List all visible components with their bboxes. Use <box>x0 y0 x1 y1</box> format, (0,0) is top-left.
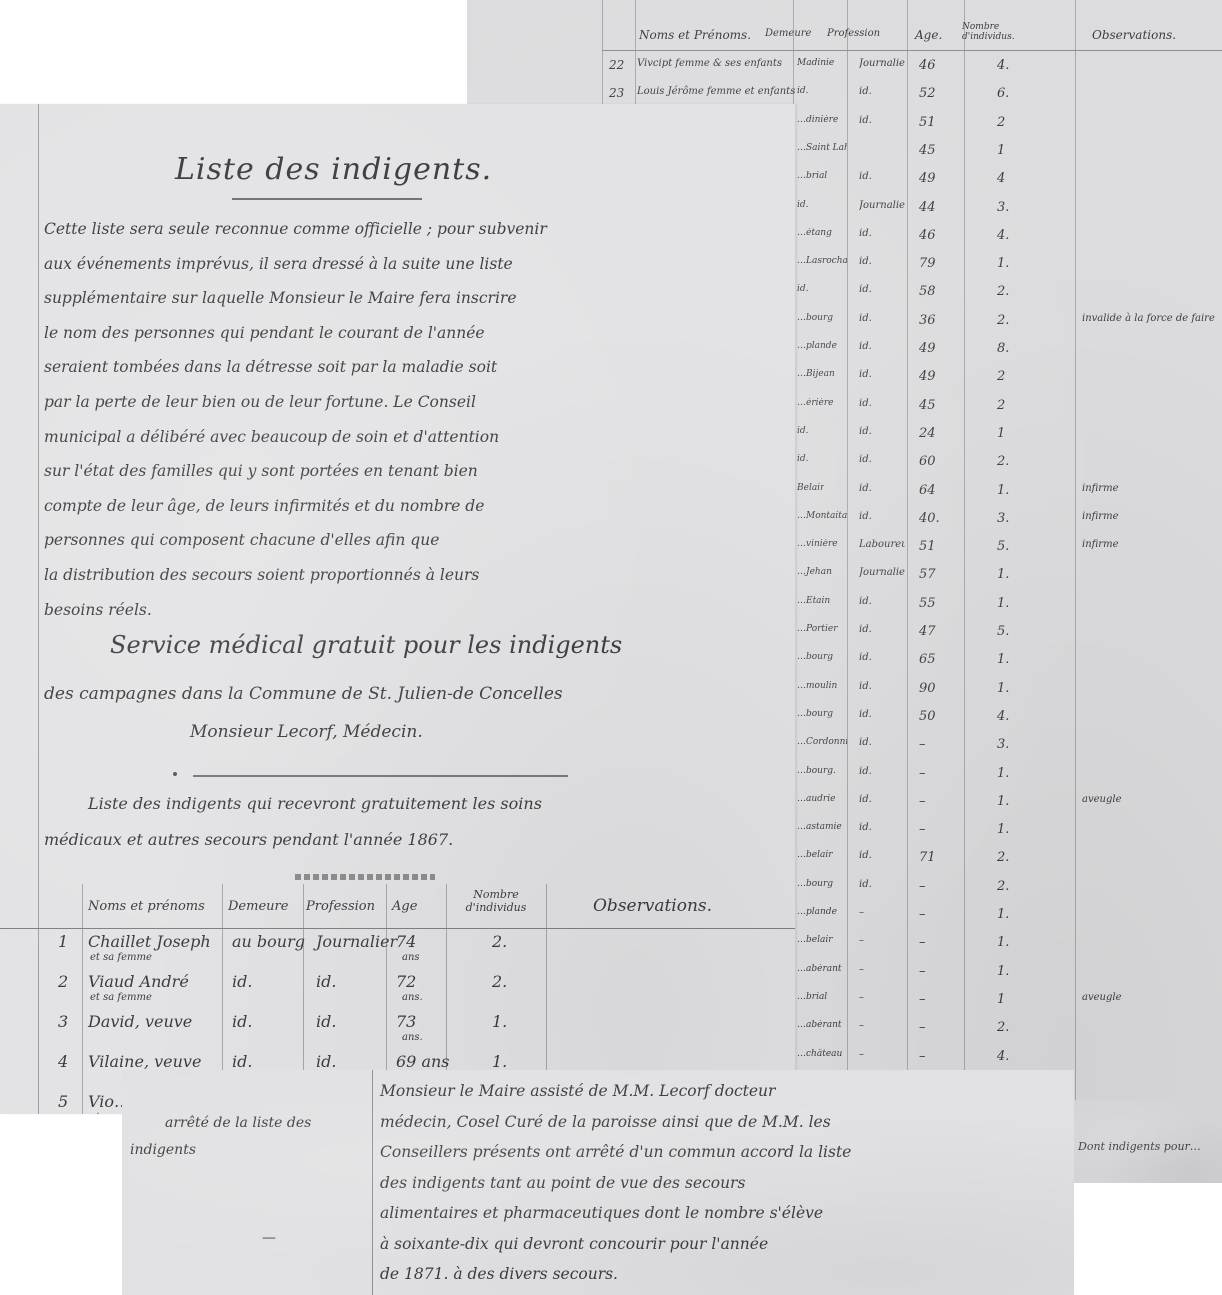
row-demeure: …Saint Lahoumarie <box>797 143 847 153</box>
register-page-front: Liste des indigents. Cette liste sera se… <box>0 104 795 1114</box>
row-name: Vivcipt femme & ses enfants <box>637 58 782 69</box>
section-heading: Service médical gratuit pour les indigen… <box>110 631 622 659</box>
row-demeure: …bourg. <box>797 766 836 776</box>
row-profession: id. <box>316 972 336 991</box>
row-profession: id. <box>859 822 872 833</box>
row-demeure: …Bijean <box>797 369 835 379</box>
row-count: 1 <box>997 992 1005 1007</box>
row-profession: – <box>859 907 864 918</box>
row-age: 46 <box>919 228 936 243</box>
row-count: 1 <box>997 143 1005 158</box>
flourish <box>295 874 435 880</box>
paragraph-line: Cette liste sera seule reconnue comme of… <box>44 212 789 247</box>
row-profession: id. <box>859 454 872 465</box>
row-profession: id. <box>859 681 872 692</box>
row-demeure: …Lasrocha <box>797 256 847 266</box>
row-age: 49 <box>919 171 936 186</box>
row-demeure: …Jehan <box>797 567 832 577</box>
row-demeure: …bourg <box>797 709 833 719</box>
row-count: 4. <box>997 228 1009 243</box>
row-demeure: …belair <box>797 850 833 860</box>
margin-note-line-2: indigents <box>130 1142 196 1158</box>
row-profession: id. <box>859 850 872 861</box>
paragraph-line: municipal a délibéré avec beaucoup de so… <box>44 420 789 455</box>
row-demeure: …étang <box>797 228 832 238</box>
row-profession: id. <box>859 171 872 182</box>
intro-paragraph: Cette liste sera seule reconnue comme of… <box>44 212 789 627</box>
row-profession: id. <box>859 709 872 720</box>
row-age: – <box>919 935 926 950</box>
row-age: 51 <box>919 115 936 130</box>
header-name: Noms et prénoms <box>88 899 205 914</box>
deliberation-line: médecin, Cosel Curé de la paroisse ainsi… <box>380 1107 851 1138</box>
back-header-observations: Observations. <box>1092 28 1176 42</box>
row-demeure: id. <box>797 454 809 464</box>
row-age: 79 <box>919 256 936 271</box>
row-demeure: …brial <box>797 171 827 181</box>
margin-dash: — <box>262 1230 276 1246</box>
row-profession: – <box>859 935 864 946</box>
back-header-profession: Profession <box>827 28 880 39</box>
row-count: 2. <box>997 454 1009 469</box>
row-count: 1. <box>997 681 1009 696</box>
row-age: – <box>919 737 926 752</box>
row-count: 8. <box>997 341 1009 356</box>
row-demeure: …dinière <box>797 115 838 125</box>
paragraph-line: compte de leur âge, de leurs infirmités … <box>44 489 789 524</box>
row-demeure: …Portier <box>797 624 838 634</box>
row-profession: id. <box>859 794 872 805</box>
row-age: 50 <box>919 709 936 724</box>
row-count: 2. <box>492 932 507 951</box>
row-demeure: id. <box>232 1012 252 1031</box>
row-age: 55 <box>919 596 936 611</box>
row-observation: invalide à la force de faire <box>1082 313 1215 324</box>
row-number: 22 <box>609 58 624 72</box>
row-name: Viaud André <box>88 972 189 991</box>
row-name: Vilaine, veuve <box>88 1052 201 1071</box>
row-age: 46 <box>919 58 936 73</box>
row-profession: – <box>859 964 864 975</box>
row-count: 2. <box>997 850 1009 865</box>
row-age: – <box>919 794 926 809</box>
row-name: David, veuve <box>88 1012 192 1031</box>
row-count: 1. <box>997 596 1009 611</box>
row-count: 1. <box>997 794 1009 809</box>
row-age: 71 <box>919 850 936 865</box>
row-count: 1. <box>997 652 1009 667</box>
row-profession: id. <box>859 228 872 239</box>
row-age: 45 <box>919 143 936 158</box>
doctor-line: Monsieur Lecorf, Médecin. <box>190 722 423 742</box>
row-profession: id. <box>859 284 872 295</box>
row-age: 90 <box>919 681 936 696</box>
strip-note: Dont indigents pour… <box>1078 1140 1201 1153</box>
row-demeure: …château <box>797 1049 842 1059</box>
back-header-demeure: Demeure <box>765 28 811 39</box>
row-count: 1. <box>492 1012 507 1031</box>
row-profession: id. <box>859 737 872 748</box>
deliberation-line: à soixante-dix qui devront concourir pou… <box>380 1229 851 1260</box>
header-observations: Observations. <box>593 896 712 916</box>
row-age: 47 <box>919 624 936 639</box>
row-demeure: …abérant <box>797 1020 842 1030</box>
row-profession: id. <box>859 341 872 352</box>
row-demeure: …bourg <box>797 313 833 323</box>
row-age: 73 <box>396 1012 416 1031</box>
row-age: – <box>919 907 926 922</box>
table-row: 22Vivcipt femme & ses enfantsMadinieJour… <box>467 58 1222 83</box>
table-row: 1Chaillet Josephet sa femmeau bourgJourn… <box>0 932 795 972</box>
row-count: 2 <box>997 115 1005 130</box>
row-count: 3. <box>997 200 1009 215</box>
row-demeure: …bourg <box>797 652 833 662</box>
row-demeure: …astamie <box>797 822 842 832</box>
page-title: Liste des indigents. <box>175 152 492 187</box>
row-profession: – <box>859 992 864 1003</box>
row-count: 2. <box>492 972 507 991</box>
row-profession: Laboureur <box>859 539 905 550</box>
row-profession: id. <box>859 86 872 97</box>
row-age: 57 <box>919 567 936 582</box>
row-age: 72 <box>396 972 416 991</box>
row-name-note: et so… <box>90 1112 124 1114</box>
row-demeure: id. <box>797 426 809 436</box>
row-demeure: …belair <box>797 935 833 945</box>
row-count: 3. <box>997 737 1009 752</box>
row-count: 1. <box>997 766 1009 781</box>
row-age: 60 <box>919 454 936 469</box>
row-demeure: …plande <box>797 907 837 917</box>
back-header-age: Age. <box>915 28 942 42</box>
deliberation-line: des indigents tant au point de vue des s… <box>380 1168 851 1199</box>
row-count: 1. <box>997 256 1009 271</box>
row-count: 1. <box>997 935 1009 950</box>
paragraph-line: le nom des personnes qui pendant le cour… <box>44 316 789 351</box>
row-count: 1. <box>997 483 1009 498</box>
row-age: 51 <box>919 539 936 554</box>
row-number: 1 <box>58 932 68 951</box>
row-age: – <box>919 766 926 781</box>
row-profession: id. <box>859 596 872 607</box>
paragraph-line: la distribution des secours soient propo… <box>44 558 789 593</box>
row-demeure: …audrie <box>797 794 835 804</box>
row-age: 40. <box>919 511 940 526</box>
row-count: 4. <box>997 58 1009 73</box>
row-demeure: id. <box>232 972 252 991</box>
row-age: 49 <box>919 369 936 384</box>
paragraph-line: personnes qui composent chacune d'elles … <box>44 523 789 558</box>
row-demeure: …moulin <box>797 681 837 691</box>
row-name-note: et sa femme <box>90 992 152 1003</box>
row-observation: infirme <box>1082 539 1119 550</box>
row-profession: id. <box>859 313 872 324</box>
row-age: – <box>919 879 926 894</box>
section-subtitle: des campagnes dans la Commune de St. Jul… <box>44 684 563 704</box>
margin-note-line-1: arrêté de la liste des <box>165 1115 311 1131</box>
row-age-unit: ans. <box>402 1032 423 1043</box>
row-count: 1. <box>997 567 1009 582</box>
back-header-name: Noms et Prénoms. <box>639 28 751 42</box>
row-age: 64 <box>919 483 936 498</box>
row-profession: – <box>859 1049 864 1060</box>
row-profession: id. <box>859 652 872 663</box>
paragraph-line: supplémentaire sur laquelle Monsieur le … <box>44 281 789 316</box>
row-profession: id. <box>859 256 872 267</box>
row-count: 4 <box>997 171 1005 186</box>
row-profession: Journalier <box>859 567 905 578</box>
row-profession: id. <box>859 879 872 890</box>
row-demeure: au bourg <box>232 932 305 951</box>
row-profession: Journalier <box>859 58 905 69</box>
row-profession: Journalier <box>316 932 397 951</box>
row-number: 23 <box>609 86 624 100</box>
row-demeure: …bourg <box>797 879 833 889</box>
row-demeure: …érière <box>797 398 833 408</box>
row-count: 1. <box>997 822 1009 837</box>
row-count: 1 <box>997 426 1005 441</box>
title-underline <box>232 198 422 200</box>
row-age: – <box>919 992 926 1007</box>
row-count: 4. <box>997 709 1009 724</box>
row-profession: id. <box>859 115 872 126</box>
row-age: 52 <box>919 86 936 101</box>
row-demeure: Belair <box>797 483 824 493</box>
row-profession: id. <box>859 511 872 522</box>
row-age: – <box>919 822 926 837</box>
row-number: 4 <box>58 1052 68 1071</box>
row-profession: id. <box>316 1052 336 1071</box>
row-profession: id. <box>316 1012 336 1031</box>
row-profession: id. <box>859 369 872 380</box>
header-rule <box>0 928 795 929</box>
row-profession: Journalier <box>859 200 905 211</box>
deliberation-line: de 1871. à des divers secours. <box>380 1259 851 1290</box>
deliberation-page: arrêté de la liste des indigents — Monsi… <box>122 1070 1074 1295</box>
row-age: 44 <box>919 200 936 215</box>
row-count: 5. <box>997 624 1009 639</box>
row-demeure: id. <box>797 200 809 210</box>
row-count: 2 <box>997 369 1005 384</box>
header-profession: Profession <box>306 899 375 914</box>
row-age-unit: ans <box>402 952 420 963</box>
row-demeure: …Montaitage <box>797 511 847 521</box>
back-header-count: Nombre d'individus. <box>962 22 1052 42</box>
separator-rule <box>193 775 568 777</box>
deliberation-line: Conseillers présents ont arrêté d'un com… <box>380 1137 851 1168</box>
row-demeure: …brial <box>797 992 827 1002</box>
row-count: 1. <box>997 907 1009 922</box>
row-age: 74 <box>396 932 416 951</box>
margin-rule <box>372 1070 373 1295</box>
header-demeure: Demeure <box>228 899 288 914</box>
row-demeure: …vinière <box>797 539 838 549</box>
row-count: 1. <box>997 964 1009 979</box>
row-number: 3 <box>58 1012 68 1031</box>
row-profession: id. <box>859 398 872 409</box>
row-count: 3. <box>997 511 1009 526</box>
row-demeure: …Cordonnier <box>797 737 847 747</box>
row-observation: aveugle <box>1082 992 1122 1003</box>
row-profession: id. <box>859 766 872 777</box>
row-count: 2. <box>997 1020 1009 1035</box>
row-demeure: id. <box>797 284 809 294</box>
row-number: 2 <box>58 972 68 991</box>
row-profession: id. <box>859 624 872 635</box>
paragraph-line: aux événements imprévus, il sera dressé … <box>44 247 789 282</box>
header-age: Age <box>392 899 417 914</box>
row-count: 2. <box>997 313 1009 328</box>
row-age-unit: ans. <box>402 992 423 1003</box>
row-age: 69 ans <box>396 1052 450 1071</box>
row-age: 49 <box>919 341 936 356</box>
row-profession: id. <box>859 483 872 494</box>
row-count: 6. <box>997 86 1009 101</box>
row-age: 36 <box>919 313 936 328</box>
row-demeure: id. <box>232 1052 252 1071</box>
register-page-strip: Dont indigents pour… <box>1074 1100 1222 1183</box>
row-count: 1. <box>492 1052 507 1071</box>
row-demeure: …abérant <box>797 964 842 974</box>
deliberation-line: Monsieur le Maire assisté de M.M. Lecorf… <box>380 1076 851 1107</box>
paragraph-line: sur l'état des familles qui y sont porté… <box>44 454 789 489</box>
deliberation-line: alimentaires et pharmaceutiques dont le … <box>380 1198 851 1229</box>
row-count: 2. <box>997 284 1009 299</box>
row-age: – <box>919 1049 926 1064</box>
row-age: – <box>919 964 926 979</box>
paragraph-line: besoins réels. <box>44 593 789 628</box>
row-number: 5 <box>58 1092 68 1111</box>
row-demeure: …Étain <box>797 596 830 606</box>
row-profession: id. <box>859 426 872 437</box>
header-count: Nombre d'individus <box>450 888 542 914</box>
row-observation: infirme <box>1082 511 1119 522</box>
table-row: 3David, veuveid.id.73ans.1. <box>0 1012 795 1052</box>
row-profession: – <box>859 1020 864 1031</box>
row-observation: aveugle <box>1082 794 1122 805</box>
paragraph-line: par la perte de leur bien ou de leur for… <box>44 385 789 420</box>
row-demeure: id. <box>797 86 809 96</box>
row-age: 45 <box>919 398 936 413</box>
row-count: 2 <box>997 398 1005 413</box>
header-rule <box>602 50 1222 51</box>
row-age: 24 <box>919 426 936 441</box>
row-count: 5. <box>997 539 1009 554</box>
table-row: 2Viaud Andréet sa femmeid.id.72ans.2. <box>0 972 795 1012</box>
row-age: – <box>919 1020 926 1035</box>
list-intro-line-1: Liste des indigents qui recevront gratui… <box>88 794 542 813</box>
row-observation: infirme <box>1082 483 1119 494</box>
deliberation-text: Monsieur le Maire assisté de M.M. Lecorf… <box>380 1076 851 1290</box>
separator-dot <box>173 772 177 776</box>
row-name: Louis Jérôme femme et enfants <box>637 86 795 97</box>
row-count: 4. <box>997 1049 1009 1064</box>
row-count: 2. <box>997 879 1009 894</box>
row-age: 65 <box>919 652 936 667</box>
row-age: 58 <box>919 284 936 299</box>
row-demeure: Madinie <box>797 58 834 68</box>
list-intro-line-2: médicaux et autres secours pendant l'ann… <box>44 830 453 849</box>
row-demeure: …plande <box>797 341 837 351</box>
row-name-note: et sa femme <box>90 952 152 963</box>
paragraph-line: seraient tombées dans la détresse soit p… <box>44 350 789 385</box>
row-name: Chaillet Joseph <box>88 932 211 951</box>
